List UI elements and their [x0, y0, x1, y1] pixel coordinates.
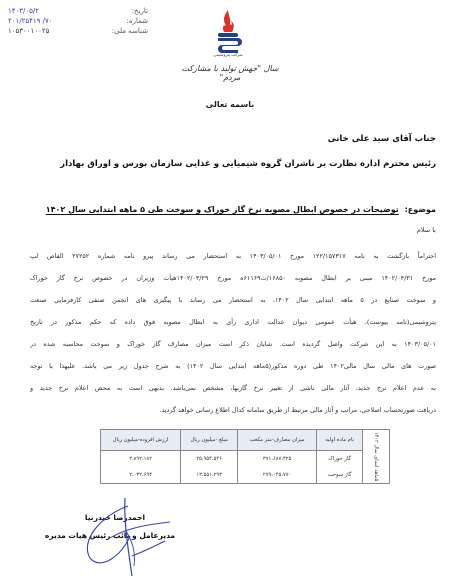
table-cell-volume: ۳۷۱،۶۸۷،۴۲۵ [238, 451, 317, 468]
table-row: گاز خوراک ۳۷۱،۶۸۷،۴۲۵ ۲۵،۹۵۴،۵۴۶ ۳،۸۹۲،۱… [101, 451, 390, 468]
meta-national-id-label: شناسه ملی: [112, 26, 148, 36]
letter-body: احتراماً بازگشت به نامه ۱۲۲/۱۵۷۳۱۷ مورخ … [30, 245, 436, 421]
table-header-row: ۵ماهه ابتدای سال ۱۴۰۲ نام ماده اولیه میز… [101, 430, 390, 451]
meta-number-row: شماره: ۲۰۱/۲۵۴۱۹ /۷۰ [8, 16, 148, 26]
gas-consumption-table: ۵ماهه ابتدای سال ۱۴۰۲ نام ماده اولیه میز… [100, 429, 390, 484]
table-row: گاز سوخت ۲۷۹،۰۴۵،۷۷۰ ۱۳،۵۵۱،۲۹۳ ۲،۰۳۲،۶۹… [101, 467, 390, 484]
meta-number-label: شماره: [127, 16, 148, 26]
body-line: احتراماً بازگشت به نامه ۱۲۲/۱۵۷۳۱۷ مورخ … [30, 245, 436, 267]
meta-number-value: ۲۰۱/۲۵۴۱۹ /۷۰ [8, 16, 53, 26]
recipient-title: رئیس محترم اداره نظارت بر ناشران گروه شی… [60, 159, 436, 169]
table-header-cell: مبلغ -میلیون ریال [181, 430, 238, 451]
meta-national-id-row: شناسه ملی: ۱۰۵۳۰۰۱۰۰۲۵ [8, 26, 148, 36]
logo-caption: شرکت پتروشیمی [208, 52, 248, 57]
bismillah-heading: باسمه تعالی [180, 100, 280, 109]
subject-line: موضوع: توضیحات در خصوص ابطال مصوبه نرخ گ… [46, 205, 436, 214]
subject-label: موضوع: [405, 205, 436, 214]
letter-page: تاریخ: ۱۴۰۳/۰۵/۲ شماره: ۲۰۱/۲۵۴۱۹ /۷۰ شن… [0, 0, 458, 580]
meta-date-label: تاریخ: [132, 6, 148, 16]
body-line: پتروشیمی(نامه پیوست)، هیأت عمومی دیوان ع… [30, 311, 436, 333]
letter-meta: تاریخ: ۱۴۰۳/۰۵/۲ شماره: ۲۰۱/۲۵۴۱۹ /۷۰ شن… [8, 6, 148, 36]
meta-national-id-value: ۱۰۵۳۰۰۱۰۰۲۵ [8, 26, 49, 36]
meta-date-row: تاریخ: ۱۴۰۳/۰۵/۲ [8, 6, 148, 16]
recipient-name: جناب آقای سید علی خانی [328, 134, 436, 144]
body-line: صورت های مالی سال مالی۱۴۰۲ طی دوره مذکور… [30, 355, 436, 377]
table-cell-amount: ۱۳،۵۵۱،۲۹۳ [181, 467, 238, 484]
table-cell-vat: ۳،۸۹۲،۱۸۲ [101, 451, 181, 468]
body-line: به عدم اعلام نرخ جدید، آثار مالی ناشی از… [30, 377, 436, 399]
meta-date-value: ۱۴۰۳/۰۵/۲ [8, 6, 39, 16]
table-header-cell: میزان مصارف-متر مکعب [238, 430, 317, 451]
table-cell-vat: ۲،۰۳۲،۶۹۴ [101, 467, 181, 484]
year-slogan: سال "جهش تولید با مشارکت مردم" [170, 64, 290, 82]
table-period-label: ۵ماهه ابتدای سال ۱۴۰۲ [363, 430, 390, 484]
company-logo-icon [210, 8, 246, 54]
table-header-cell: نام ماده اولیه [317, 430, 363, 451]
table-cell-material: گاز خوراک [317, 451, 363, 468]
body-line: ۱۴۰۳/۰۵/۰۱ به این شرکت واصل گردیده است. … [30, 333, 436, 355]
table-header-cell: ارزش افزوده-میلیون ریال [101, 430, 181, 451]
body-line: و سوخت صنایع در ۵ ماهه ابتدایی سال ۱۴۰۲،… [30, 289, 436, 311]
signer-name: احمدرضا حیدرنیا [75, 513, 155, 522]
subject-text: توضیحات در خصوص ابطال مصوبه نرخ گاز خورا… [46, 205, 399, 214]
table-cell-volume: ۲۷۹،۰۴۵،۷۷۰ [238, 467, 317, 484]
body-line: مورخ ۱۴۰۲/۰۴/۳۱ مبنی بر ابطال مصوبه ۱۶۸۵… [30, 267, 436, 289]
table-cell-amount: ۲۵،۹۵۴،۵۴۶ [181, 451, 238, 468]
table-cell-material: گاز سوخت [317, 467, 363, 484]
greeting: با سلام [417, 226, 436, 234]
body-line: دریافت صورتحساب اصلاحی، مراتب و آثار مال… [30, 399, 436, 421]
signer-title: مدیرعامل و نائب رئیس هیات مدیره [40, 531, 180, 540]
